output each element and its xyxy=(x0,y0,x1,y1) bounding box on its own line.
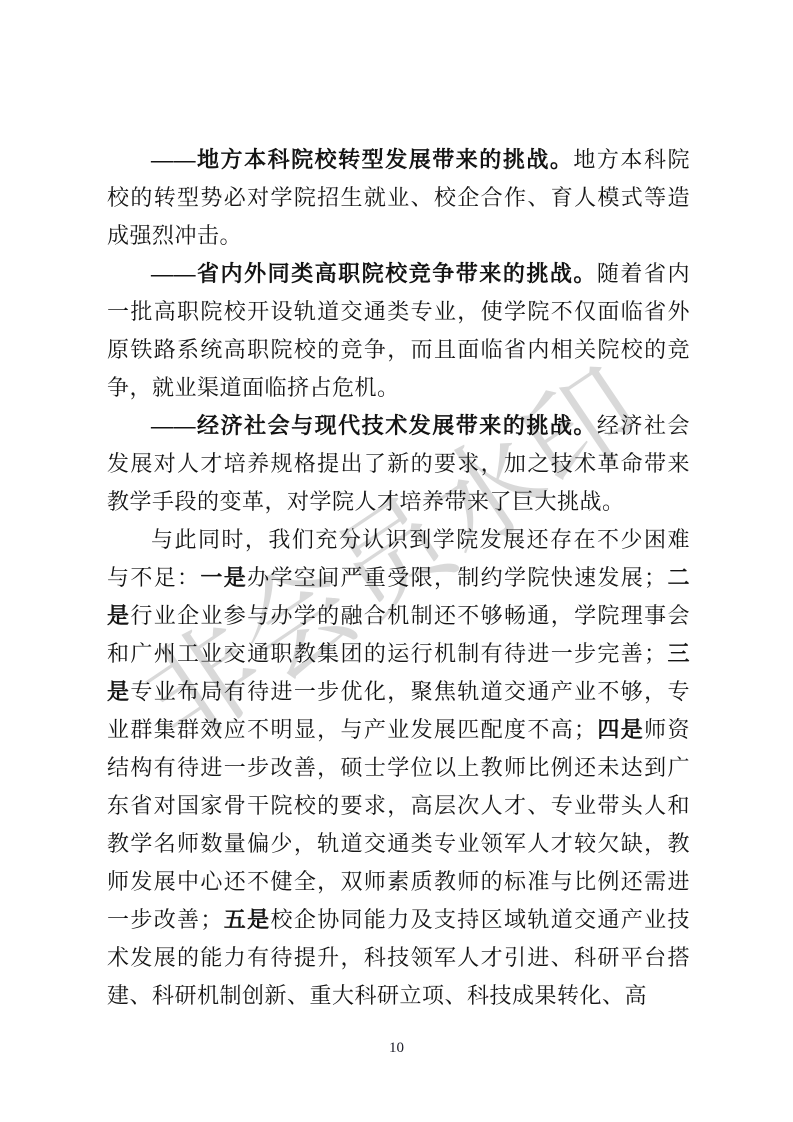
bold-lead-sentence: ——地方本科院校转型发展带来的挑战。 xyxy=(151,147,573,172)
bold-lead-sentence: ——经济社会与现代技术发展带来的挑战。 xyxy=(151,413,597,438)
text-column: ——地方本科院校转型发展带来的挑战。地方本科院校的转型势必对学院招生就业、校企合… xyxy=(107,141,690,1015)
body-text: 行业企业参与办学的融合机制还不够畅通，学院理事会和广州工业交通职教集团的运行机制… xyxy=(107,603,690,666)
paragraph-peer-college-competition-challenge: ——省内外同类高职院校竞争带来的挑战。随着省内一批高职院校开设轨道交通类专业，使… xyxy=(107,255,690,407)
document-page: 非会员水印 ——地方本科院校转型发展带来的挑战。地方本科院校的转型势必对学院招生… xyxy=(0,0,793,1122)
page-number: 10 xyxy=(0,1038,793,1058)
enum-marker-5: 五是 xyxy=(223,907,271,932)
body-text: 办学空间严重受限，制约学院快速发展； xyxy=(247,565,666,590)
paragraph-local-university-challenge: ——地方本科院校转型发展带来的挑战。地方本科院校的转型势必对学院招生就业、校企合… xyxy=(107,141,690,255)
body-text: 师资结构有待进一步改善，硕士学位以上教师比例还未达到广东省对国家骨干院校的要求，… xyxy=(107,717,690,932)
enum-marker-4: 四是 xyxy=(597,717,645,742)
paragraph-difficulties-and-shortcomings: 与此同时，我们充分认识到学院发展还存在不少困难与不足：一是办学空间严重受限，制约… xyxy=(107,521,690,1015)
paragraph-economy-technology-challenge: ——经济社会与现代技术发展带来的挑战。经济社会发展对人才培养规格提出了新的要求，… xyxy=(107,407,690,521)
bold-lead-sentence: ——省内外同类高职院校竞争带来的挑战。 xyxy=(151,261,597,286)
enum-marker-1: 一是 xyxy=(200,565,247,590)
